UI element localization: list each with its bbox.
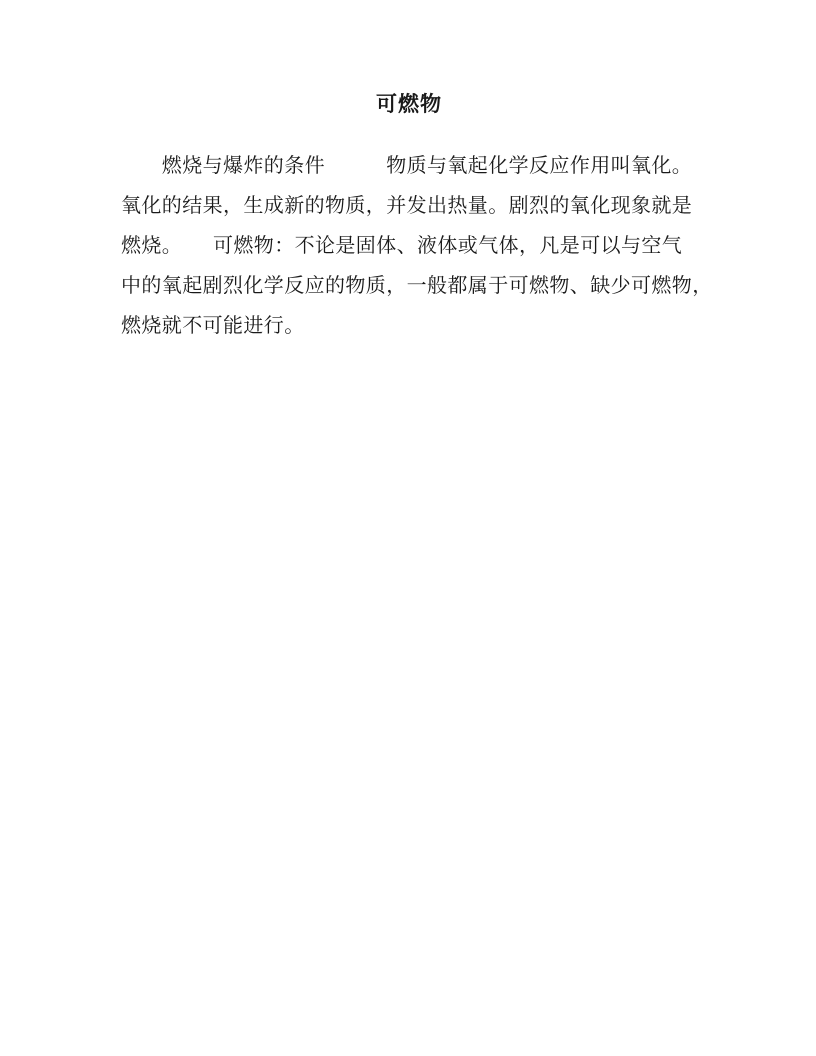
paragraph-line: 燃烧就不可能进行。 (121, 306, 697, 346)
body-paragraph: 燃烧与爆炸的条件 物质与氧起化学反应作用叫氧化。 氧化的结果，生成新的物质，并发… (121, 146, 697, 346)
paragraph-line: 燃烧。 可燃物：不论是固体、液体或气体，凡是可以与空气 (121, 226, 697, 266)
paragraph-line: 中的氧起剧烈化学反应的物质，一般都属于可燃物、缺少可燃物， (121, 266, 697, 306)
paragraph-line: 燃烧与爆炸的条件 物质与氧起化学反应作用叫氧化。 (121, 146, 697, 186)
document-page: 可燃物 燃烧与爆炸的条件 物质与氧起化学反应作用叫氧化。 氧化的结果，生成新的物… (0, 0, 816, 1056)
page-title: 可燃物 (121, 84, 697, 124)
document-content: 可燃物 燃烧与爆炸的条件 物质与氧起化学反应作用叫氧化。 氧化的结果，生成新的物… (0, 0, 816, 346)
paragraph-line: 氧化的结果，生成新的物质，并发出热量。剧烈的氧化现象就是 (121, 186, 697, 226)
